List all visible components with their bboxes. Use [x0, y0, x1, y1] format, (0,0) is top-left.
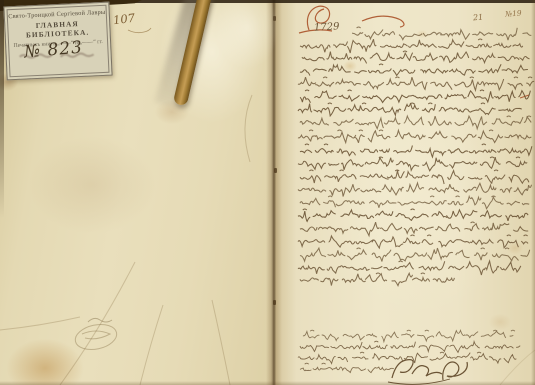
handwritten-text-line: [302, 51, 530, 63]
handwritten-text-line: [300, 39, 523, 53]
bookplate-title-line: ГЛАВНАЯ БИБЛІОТЕКА.: [5, 18, 110, 41]
corner-number: 21: [473, 13, 484, 23]
handwritten-text-line: [300, 196, 529, 209]
round-stamp-impression: [73, 318, 119, 353]
handwritten-text-line: [300, 363, 394, 372]
handwritten-text-line: [300, 170, 529, 184]
handwritten-text-line: [298, 235, 528, 248]
handwritten-text-line: [298, 77, 534, 90]
pen-flourish-after-107: [128, 28, 151, 33]
handwritten-text-line: [298, 209, 528, 221]
handwritten-text-line: [300, 64, 528, 76]
handwritten-text-line: [298, 183, 532, 197]
photo-bottom-shadow: [0, 381, 535, 385]
crease-lines: [0, 95, 535, 385]
handwritten-text-line: [352, 27, 531, 40]
handwritten-text-line: [298, 103, 522, 116]
manuscript-date-1729: 1729: [314, 21, 340, 33]
handwritten-text-line: [298, 130, 531, 143]
handwritten-text-line: [298, 157, 527, 171]
manuscript-handwriting: [298, 27, 534, 373]
handwritten-text-line: [300, 341, 520, 352]
handwritten-text-line: [300, 90, 530, 103]
handwritten-text-line: [300, 116, 531, 129]
handwritten-text-line: [300, 273, 454, 286]
page-number: 107: [112, 11, 135, 28]
photo-right-shadow: [531, 0, 535, 385]
handwritten-text-line: [300, 222, 528, 236]
handwritten-text-line: [303, 330, 515, 341]
book-cover-left-edge: [0, 0, 4, 218]
open-book-photo: Свято-Троицкой Сергіевой Лавры ГЛАВНАЯ Б…: [0, 0, 535, 385]
handwritten-text-line: [300, 144, 532, 157]
corner-folio-number: №19: [505, 8, 522, 18]
handwritten-text-line: [298, 352, 516, 363]
handwritten-text-line: [300, 248, 530, 262]
